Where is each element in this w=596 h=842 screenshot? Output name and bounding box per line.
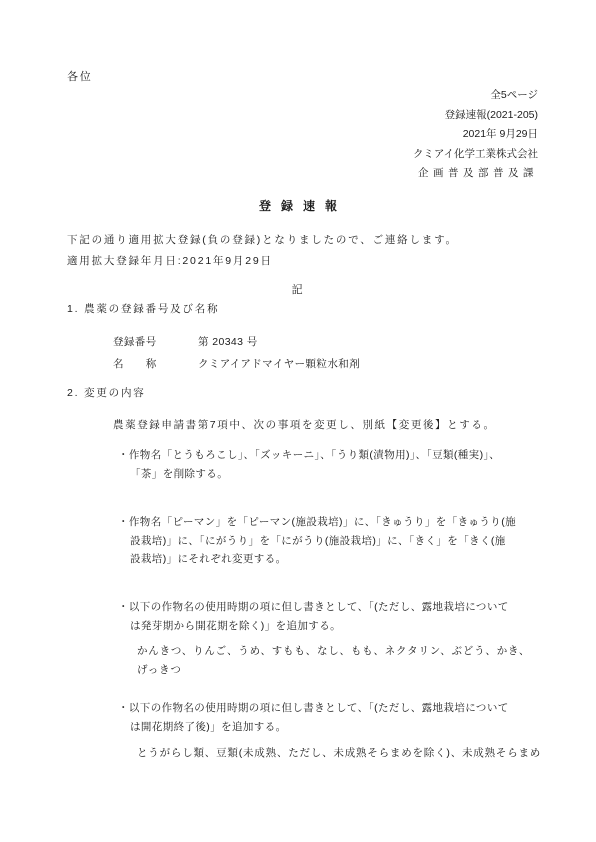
bullet3-line-2: は発芽期から開花期を除く)」を追加する。: [118, 617, 509, 636]
crop-list-1: かんきつ、りんご、うめ、すもも、なし、もも、ネクタリン、ぶどう、かき、 げっきつ: [137, 642, 530, 679]
company-name: クミアイ化学工業株式会社: [413, 145, 538, 165]
crop-list-2-line-1: とうがらし類、豆類(未成熟、ただし、未成熟そらまめを除く)、未成熟そらまめ: [137, 744, 541, 763]
intro-paragraph: 下記の通り適用拡大登録(負の登録)となりましたので、ご連絡します。 適用拡大登録…: [67, 230, 458, 271]
bullet-usage-period-note-1: ・以下の作物名の使用時期の項に但し書きとして、「(ただし、露地栽培について は発…: [118, 598, 509, 635]
bullet4-line-1: ・以下の作物名の使用時期の項に但し書きとして、「(ただし、露地栽培について: [118, 699, 509, 718]
bullet2-line-1: ・作物名「ピーマン」を「ピーマン(施設栽培)」に、「きゅうり」を「きゅうり(施: [118, 513, 516, 532]
department-name: 企画普及部普及課: [413, 164, 538, 184]
bullet3-line-1: ・以下の作物名の使用時期の項に但し書きとして、「(ただし、露地栽培について: [118, 598, 509, 617]
bullet2-line-2: 設栽培)」に、「にがうり」を「にがうり(施設栽培)」に、「きく」を「きく(施: [118, 532, 516, 551]
bullet2-line-3: 設栽培)」にそれぞれ変更する。: [118, 550, 516, 569]
bullet-delete-crops: ・作物名「とうもろこし」、「ズッキーニ」、「うり類(漬物用)」、「豆類(種実)」…: [118, 446, 500, 483]
bullet-usage-period-note-2: ・以下の作物名の使用時期の項に但し書きとして、「(ただし、露地栽培について は開…: [118, 699, 509, 736]
intro-line-1: 下記の通り適用拡大登録(負の登録)となりましたので、ご連絡します。: [67, 230, 458, 251]
bullet1-line-2: 「茶」を削除する。: [118, 465, 500, 484]
registration-number-row: 登録番号第 20343 号: [113, 332, 360, 354]
registration-number-label: 登録番号: [113, 332, 198, 354]
document-title: 登録速報: [0, 197, 596, 214]
intro-line-2: 適用拡大登録年月日:2021年9月29日: [67, 251, 458, 272]
product-name-label: 名 称: [113, 354, 198, 376]
product-name-row: 名 称クミアイアドマイヤー顆粒水和剤: [113, 354, 360, 376]
registration-number-value: 第 20343 号: [198, 336, 258, 348]
issue-date: 2021年 9月29日: [413, 125, 538, 145]
bulletin-number: 登録速報(2021-205): [413, 106, 538, 126]
salutation: 各位: [67, 68, 93, 84]
bullet-rename-crops: ・作物名「ピーマン」を「ピーマン(施設栽培)」に、「きゅうり」を「きゅうり(施 …: [118, 513, 516, 569]
section1-heading: 1. 農薬の登録番号及び名称: [67, 301, 219, 316]
crop-list-1-line-2: げっきつ: [137, 661, 530, 680]
crop-list-2: とうがらし類、豆類(未成熟、ただし、未成熟そらまめを除く)、未成熟そらまめ: [137, 744, 541, 763]
bullet1-line-1: ・作物名「とうもろこし」、「ズッキーニ」、「うり類(漬物用)」、「豆類(種実)」…: [118, 446, 500, 465]
bullet4-line-2: は開花期終了後)」を追加する。: [118, 718, 509, 737]
document-page: 各位 全5ページ 登録速報(2021-205) 2021年 9月29日 クミアイ…: [0, 0, 596, 842]
page-count: 全5ページ: [413, 86, 538, 106]
section2-heading: 2. 変更の内容: [67, 385, 146, 400]
header-block: 全5ページ 登録速報(2021-205) 2021年 9月29日 クミアイ化学工…: [413, 86, 538, 184]
product-name-value: クミアイアドマイヤー顆粒水和剤: [198, 358, 360, 370]
registration-fields: 登録番号第 20343 号 名 称クミアイアドマイヤー顆粒水和剤: [113, 332, 360, 375]
section2-lead: 農薬登録申請書第7項中、次の事項を変更し、別紙【変更後】とする。: [113, 417, 496, 432]
record-marker: 記: [0, 281, 596, 297]
crop-list-1-line-1: かんきつ、りんご、うめ、すもも、なし、もも、ネクタリン、ぶどう、かき、: [137, 642, 530, 661]
